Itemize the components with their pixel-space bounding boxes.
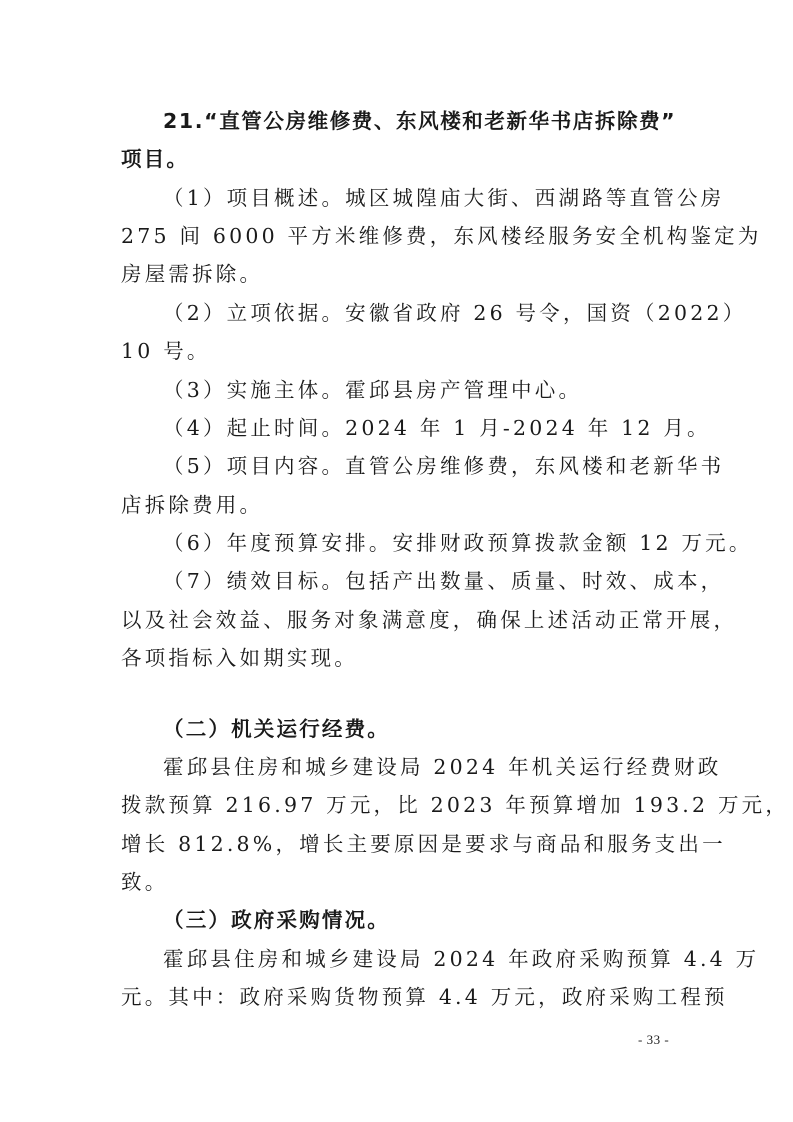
procurement-line-1: 霍邱县住房和城乡建设局 2024 年政府采购预算 4.4 万 [163, 945, 723, 973]
section-heading-operating-expenses: （二）机关运行经费。 [163, 715, 723, 743]
document-page: 21.“直管公房维修费、东风楼和老新华书店拆除费” 项目。 （1）项目概述。城区… [0, 0, 793, 1122]
project-title-line-1: 21.“直管公房维修费、东风楼和老新华书店拆除费” [163, 107, 723, 135]
basis-paragraph-line-1: （2）立项依据。安徽省政府 26 号令，国资（2022） [163, 299, 723, 327]
project-title-line-2: 项目。 [121, 145, 681, 173]
goals-paragraph-line-3: 各项指标入如期实现。 [121, 644, 681, 672]
goals-paragraph-line-1: （7）绩效目标。包括产出数量、质量、时效、成本， [163, 567, 723, 595]
period-paragraph: （4）起止时间。2024 年 1 月-2024 年 12 月。 [163, 414, 723, 442]
goals-paragraph-line-2: 以及社会效益、服务对象满意度，确保上述活动正常开展， [121, 606, 681, 634]
budget-paragraph: （6）年度预算安排。安排财政预算拨款金额 12 万元。 [163, 529, 723, 557]
basis-paragraph-line-2: 10 号。 [121, 337, 681, 365]
section-heading-procurement: （三）政府采购情况。 [163, 906, 723, 934]
operating-expenses-line-2: 拨款预算 216.97 万元，比 2023 年预算增加 193.2 万元， [121, 791, 681, 819]
page-number: - 33 - [638, 1032, 669, 1048]
overview-paragraph-line-1: （1）项目概述。城区城隍庙大街、西湖路等直管公房 [163, 184, 723, 212]
procurement-line-2: 元。其中：政府采购货物预算 4.4 万元，政府采购工程预 [121, 983, 681, 1011]
implementer-paragraph: （3）实施主体。霍邱县房产管理中心。 [163, 376, 723, 404]
content-paragraph-line-2: 店拆除费用。 [121, 491, 681, 519]
operating-expenses-line-3: 增长 812.8%，增长主要原因是要求与商品和服务支出一 [121, 830, 681, 858]
overview-paragraph-line-3: 房屋需拆除。 [121, 260, 681, 288]
overview-paragraph-line-2: 275 间 6000 平方米维修费，东风楼经服务安全机构鉴定为 [121, 222, 681, 250]
content-paragraph-line-1: （5）项目内容。直管公房维修费，东风楼和老新华书 [163, 452, 723, 480]
operating-expenses-line-1: 霍邱县住房和城乡建设局 2024 年机关运行经费财政 [163, 753, 723, 781]
operating-expenses-line-4: 致。 [121, 868, 681, 896]
